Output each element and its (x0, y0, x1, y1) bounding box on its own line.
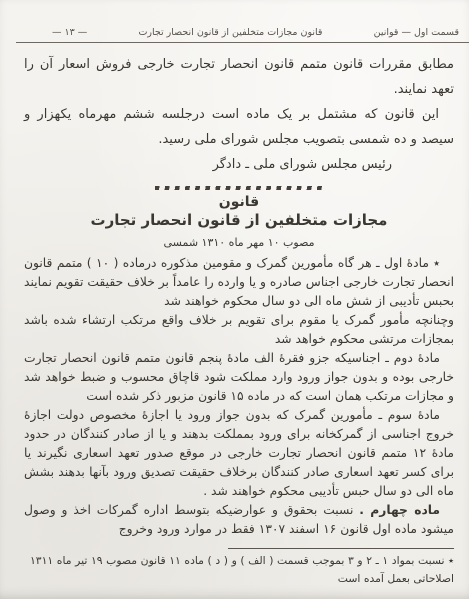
article-1: ٭ مادهٔ اول ـ هر گاه مأمورین گمرک و مقوم… (24, 254, 454, 311)
intro-paragraph-continuation: مطابق مقررات قانون متمم قانون انحصار تجا… (24, 52, 454, 102)
article-1-continuation: وچنانچه مأمور گمرک یا مقوم برای تقویم بر… (24, 311, 454, 349)
article-4-label: ماده چهارم . (359, 503, 440, 517)
intro-section: مطابق مقررات قانون متمم قانون انحصار تجا… (24, 52, 454, 177)
article-2-label: مادهٔ دوم ـ (385, 351, 440, 365)
header-page-number: — ۱۳ — (52, 27, 87, 38)
scanned-law-page: قسمت اول — قوانین قانون مجازات متخلفین ا… (0, 0, 469, 599)
header-section-label: قسمت اول — قوانین (374, 27, 459, 38)
dotted-divider (155, 186, 323, 190)
article-2: مادهٔ دوم ـ اجناسیکه جزو فقرهٔ الف مادهٔ… (24, 349, 454, 406)
footnote-rule (228, 548, 454, 549)
approval-date: مصوب ۱۰ مهر ماه ۱۳۱۰ شمسی (24, 236, 454, 249)
article-3: مادهٔ سوم ـ مأمورین گمرک که بدون جواز ور… (24, 406, 454, 501)
article-3-label: مادهٔ سوم ـ (378, 408, 440, 422)
running-header: قسمت اول — قوانین قانون مجازات متخلفین ا… (0, 0, 469, 40)
articles-section: ٭ مادهٔ اول ـ هر گاه مأمورین گمرک و مقوم… (24, 254, 454, 539)
header-running-title: قانون مجازات متخلفین از قانون انحصار تجا… (138, 27, 322, 38)
law-title: قانون (24, 194, 454, 210)
signature-line: رئیس مجلس شورای ملی ـ دادگر (0, 152, 392, 177)
intro-paragraph-enactment: این قانون که مشتمل بر یک ماده است درجلسه… (24, 102, 454, 152)
footnote-text: ٭ نسبت بمواد ۱ ـ ۲ و ۳ بموجب قسمت ( الف … (30, 552, 454, 588)
page-body: مطابق مقررات قانون متمم قانون انحصار تجا… (0, 43, 469, 588)
article-4: ماده چهارم . نسبت بحقوق و عوارضیکه بتوسط… (24, 501, 454, 539)
law-subtitle: مجازات متخلفین از قانون انحصار تجارت (24, 211, 454, 229)
article-1-label: ٭ مادهٔ اول ـ (376, 256, 440, 270)
footnote-section: ٭ نسبت بمواد ۱ ـ ۲ و ۳ بموجب قسمت ( الف … (24, 548, 454, 588)
article-1-continuation-text: وچنانچه مأمور گمرک یا مقوم برای تقویم بر… (24, 313, 454, 346)
